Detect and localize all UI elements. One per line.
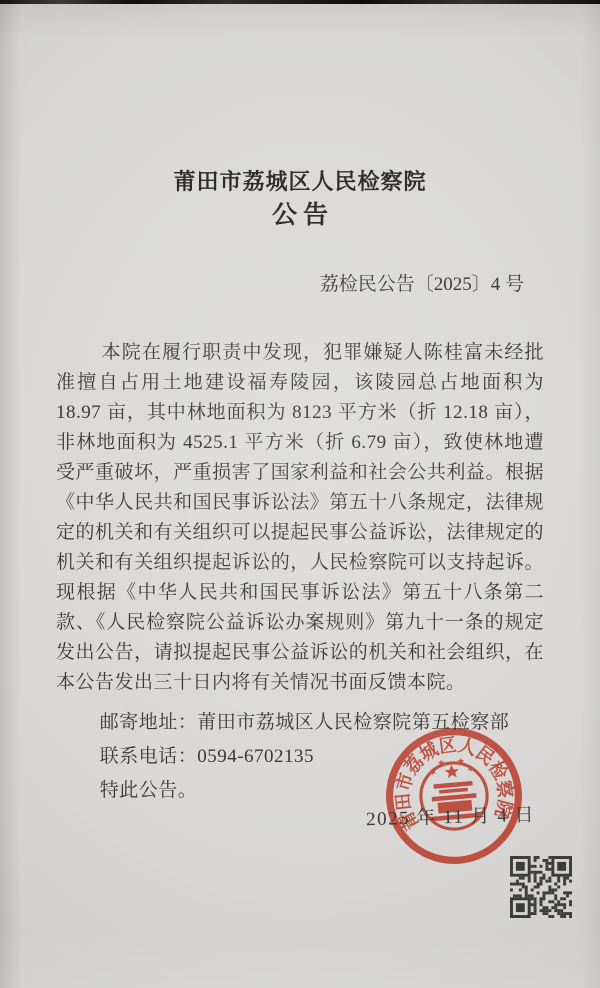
official-seal: 莆田市荔城区人民检察院 <box>372 714 537 879</box>
org-title: 莆田市荔城区人民检察院 <box>56 168 544 196</box>
qr-code <box>510 856 572 918</box>
photo-top-edge <box>0 0 600 4</box>
phone-value: 0594-6702135 <box>197 746 314 767</box>
announcement-page: 莆田市荔城区人民检察院 公告 荔检民公告〔2025〕4 号 本院在履行职责中发现… <box>0 0 600 988</box>
national-emblem-icon: 莆田市荔城区人民检察院 <box>372 714 537 879</box>
announcement-body: 本院在履行职责中发现，犯罪嫌疑人陈桂富未经批准擅自占用土地建设福寿陵园，该陵园总… <box>56 338 544 698</box>
phone-label: 联系电话： <box>100 746 198 767</box>
document-photo: 莆田市荔城区人民检察院 公告 荔检民公告〔2025〕4 号 本院在履行职责中发现… <box>0 0 600 988</box>
seal-date: 2025 年 11 月 4 日 <box>366 800 536 831</box>
mailing-address-label: 邮寄地址： <box>100 712 198 733</box>
doc-number: 荔检民公告〔2025〕4 号 <box>56 272 544 298</box>
doc-title: 公告 <box>56 200 544 232</box>
